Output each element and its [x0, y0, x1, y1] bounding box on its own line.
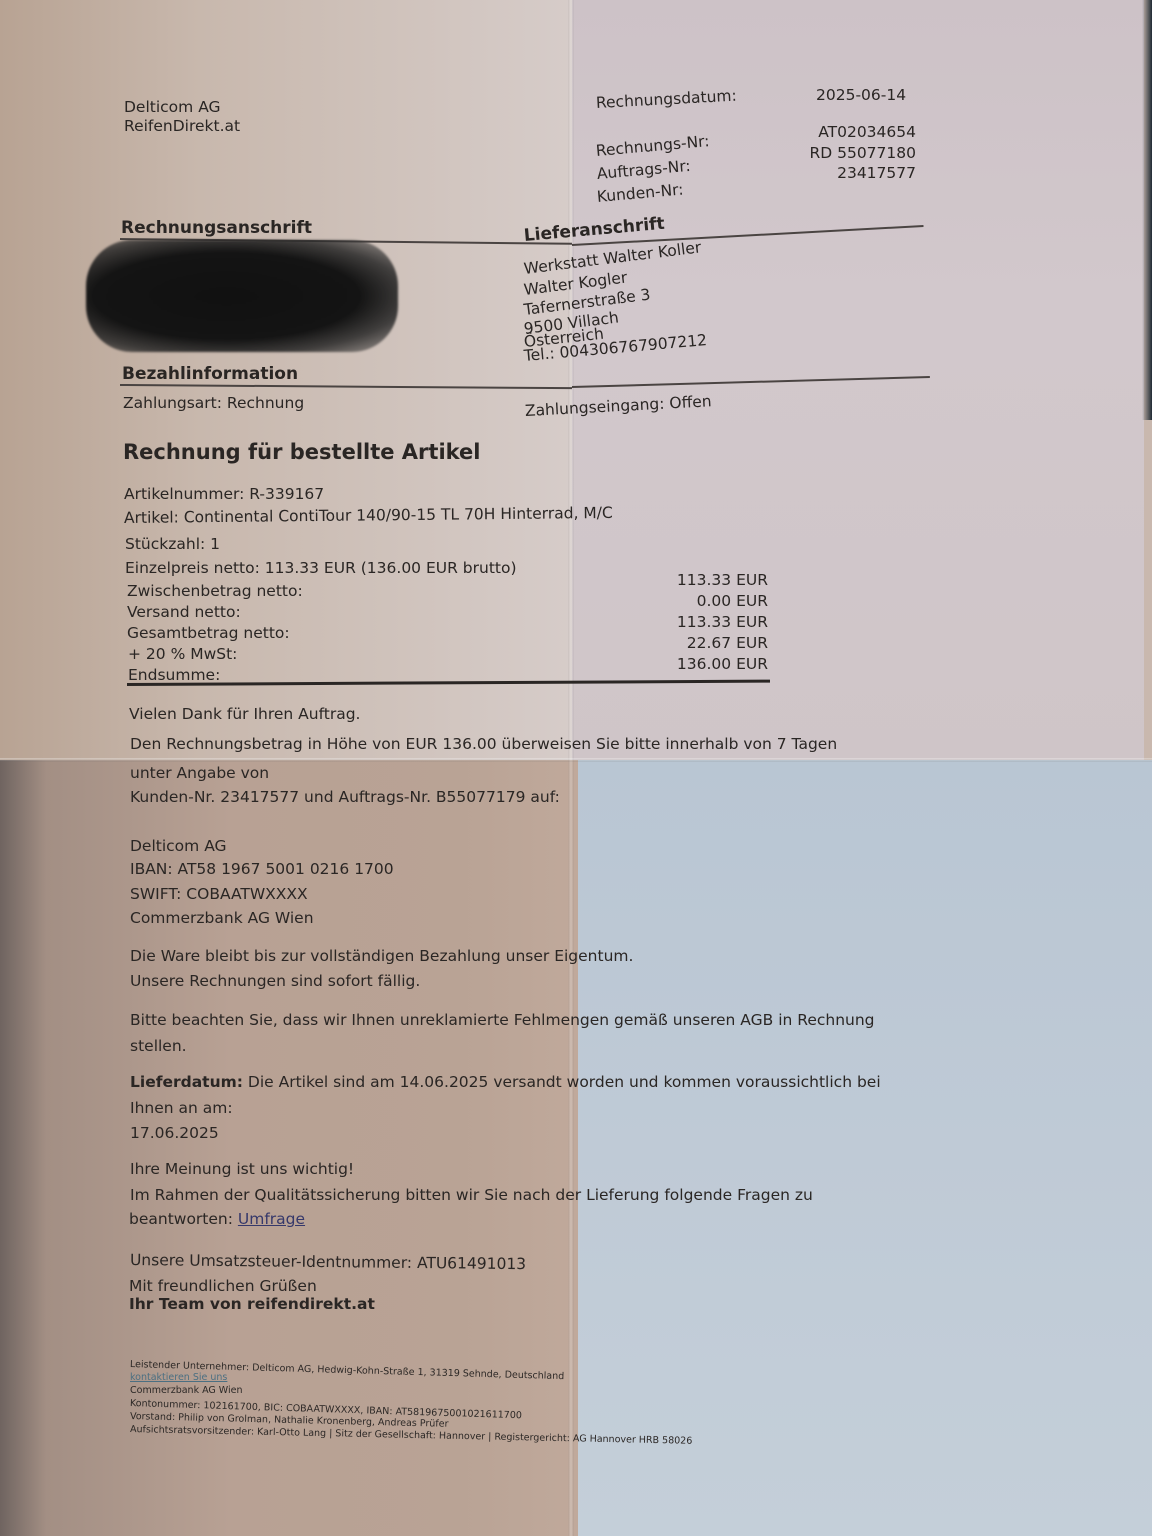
paper-panel-bottom-right	[578, 760, 1152, 1536]
bank-line: Commerzbank AG Wien	[130, 911, 314, 927]
invoice-number: AT02034654	[760, 125, 916, 141]
order-number: RD 55077180	[760, 146, 916, 162]
quantity: Stückzahl: 1	[125, 537, 220, 553]
invoice-date: 2025-06-14	[816, 88, 906, 104]
thanks-text: Vielen Dank für Ihren Auftrag.	[129, 707, 360, 723]
delivery-label: Lieferdatum:	[130, 1073, 243, 1091]
billing-address-heading: Rechnungsanschrift	[121, 220, 312, 237]
bank-line: Delticom AG	[130, 839, 227, 855]
survey-link[interactable]: Umfrage	[238, 1210, 305, 1228]
unit-price: Einzelpreis netto: 113.33 EUR (136.00 EU…	[125, 561, 517, 577]
team-signature: Ihr Team von reifendirekt.at	[129, 1297, 375, 1313]
ownership-text: Die Ware bleibt bis zur vollständigen Be…	[130, 949, 633, 965]
shortage-text-1: Bitte beachten Sie, dass wir Ihnen unrek…	[130, 1013, 875, 1029]
totals-label: Zwischenbetrag netto:	[127, 584, 303, 600]
totals-value: 22.67 EUR	[600, 636, 768, 652]
due-text: Unsere Rechnungen sind sofort fällig.	[130, 974, 420, 990]
bank-line: SWIFT: COBAATWXXXX	[130, 887, 308, 903]
shortage-text-2: stellen.	[130, 1039, 187, 1055]
survey-text: Im Rahmen der Qualitätssicherung bitten …	[130, 1188, 813, 1204]
totals-label: Gesamtbetrag netto:	[127, 626, 290, 642]
survey-prefix: beantworten:	[129, 1210, 238, 1228]
article-number: Artikelnummer: R-339167	[124, 487, 324, 503]
transfer-text-1: Den Rechnungsbetrag in Höhe von EUR 136.…	[130, 737, 837, 753]
bank-line: IBAN: AT58 1967 5001 0216 1700	[130, 862, 394, 878]
sender-company: Delticom AG	[124, 100, 221, 116]
horizontal-fold	[0, 758, 1152, 762]
delivery-text: Die Artikel sind am 14.06.2025 versandt …	[248, 1073, 881, 1091]
totals-value: 0.00 EUR	[600, 594, 768, 610]
redacted-billing-address	[86, 240, 398, 352]
customer-number: 23417577	[760, 166, 916, 182]
transfer-text-2: unter Angabe von	[130, 766, 269, 782]
totals-label: + 20 % MwSt:	[128, 647, 237, 663]
greeting: Mit freundlichen Grüßen	[129, 1279, 317, 1295]
sender-site: ReifenDirekt.at	[124, 119, 240, 135]
opinion-text: Ihre Meinung ist uns wichtig!	[130, 1162, 354, 1178]
totals-value: 113.33 EUR	[600, 615, 768, 631]
totals-label: Versand netto:	[127, 605, 241, 621]
grand-total-value: 136.00 EUR	[600, 657, 768, 673]
paper-edge-shadow	[1142, 0, 1152, 420]
totals-value: 113.33 EUR	[600, 573, 768, 589]
invoice-title: Rechnung für bestellte Artikel	[123, 442, 481, 463]
survey-prompt: beantworten: Umfrage	[129, 1212, 305, 1228]
delivery-date: 17.06.2025	[130, 1126, 219, 1142]
payment-method: Zahlungsart: Rechnung	[123, 396, 304, 412]
delivery-text-2: Ihnen an am:	[130, 1101, 233, 1117]
delivery-info: Lieferdatum: Die Artikel sind am 14.06.2…	[130, 1075, 881, 1091]
payment-heading: Bezahlinformation	[122, 366, 298, 383]
grand-total-label: Endsumme:	[128, 668, 220, 684]
contact-link[interactable]: kontaktieren Sie uns	[130, 1373, 227, 1383]
footer-line: Commerzbank AG Wien	[130, 1386, 243, 1396]
transfer-text-3: Kunden-Nr. 23417577 und Auftrags-Nr. B55…	[130, 790, 560, 806]
